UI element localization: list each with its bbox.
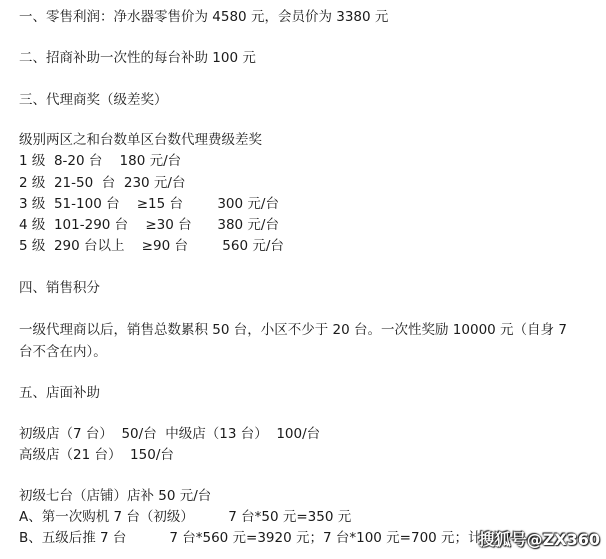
store-subsidy-line-3: 初级七台（店铺）店补 50 元/台 <box>19 487 211 505</box>
store-subsidy-line-1: 初级店（7 台） 50/台 中级店（13 台） 100/台 <box>19 425 320 443</box>
section-5-store-subsidy-heading: 五、店面补助 <box>19 384 100 402</box>
reward-row-level-1: 1 级 8-20 台 180 元/台 <box>19 152 181 170</box>
reward-row-level-5: 5 级 290 台以上 ≥90 台 560 元/台 <box>19 237 284 255</box>
reward-table-header: 级别两区之和台数单区台数代理费级差奖 <box>19 131 262 149</box>
store-subsidy-line-5: B、五级后推 7 台 7 台*560 元=3920 元；7 台*100 元=70… <box>19 529 520 547</box>
section-3-agent-reward-heading: 三、代理商奖（级差奖） <box>19 91 168 109</box>
store-subsidy-line-4: A、第一次购机 7 台（初级） 7 台*50 元=350 元 <box>19 508 351 526</box>
reward-row-level-3: 3 级 51-100 台 ≥15 台 300 元/台 <box>19 195 279 213</box>
section-4-sales-points-heading: 四、销售积分 <box>19 279 100 297</box>
document-page: 一、零售利润：净水器零售价为 4580 元，会员价为 3380 元 二、招商补助… <box>0 0 606 559</box>
store-subsidy-line-2: 高级店（21 台） 150/台 <box>19 446 174 464</box>
reward-row-level-2: 2 级 21-50 台 230 元/台 <box>19 174 185 192</box>
section-4-paragraph-line-2: 台不含在内）。 <box>19 343 107 361</box>
section-4-paragraph-line-1: 一级代理商以后，销售总数累积 50 台，小区不少于 20 台。一次性奖励 100… <box>19 321 567 339</box>
section-1-retail-profit: 一、零售利润：净水器零售价为 4580 元，会员价为 3380 元 <box>19 8 388 26</box>
watermark: 搜狐号@ZX360 <box>479 530 600 550</box>
section-2-recruitment-subsidy: 二、招商补助一次性的每台补助 100 元 <box>19 49 256 67</box>
reward-row-level-4: 4 级 101-290 台 ≥30 台 380 元/台 <box>19 216 279 234</box>
